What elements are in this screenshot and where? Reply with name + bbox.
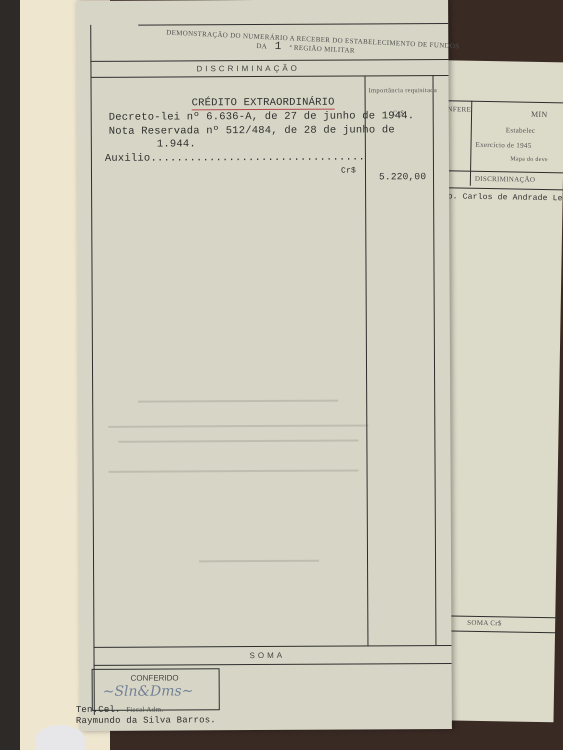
header-da: DA — [256, 42, 267, 50]
divider — [430, 187, 563, 190]
bleed-through — [199, 560, 319, 563]
credit-heading: CRÉDITO EXTRAORDINÁRIO — [192, 97, 335, 111]
header-rule — [90, 59, 448, 62]
bleed-through — [109, 470, 359, 473]
item-label: Auxilio — [105, 153, 151, 165]
divider — [431, 100, 563, 103]
signer-rank: Ten.Cel. — [76, 705, 121, 715]
title-fragment: MIN — [531, 110, 548, 119]
header-regiao: ª REGIÃO MILITAR — [289, 44, 355, 55]
back-first-entry: Cap. Carlos de Andrade Leão — [438, 192, 563, 203]
exercicio-text: Exercício de 1945 — [475, 141, 531, 150]
col-importancia-header: Importância requisitada — [369, 87, 437, 94]
back-discriminacao: DISCRIMINAÇÃO — [475, 175, 535, 184]
body-line-3: 1.944. — [157, 138, 196, 150]
body-line-2: Nota Reservada nº 512/484, de 28 de junh… — [109, 124, 395, 137]
item-leader: ................................. — [150, 151, 365, 164]
bleed-through — [118, 440, 358, 443]
left-border — [90, 25, 95, 715]
item-currency-mark: Cr$ — [341, 167, 356, 176]
discriminacao-header: DISCRIMINAÇÃO — [196, 64, 299, 74]
divider — [470, 101, 472, 186]
soma-label: SOMA — [249, 651, 285, 660]
mapa-fragment: Mapa do deve — [510, 156, 548, 163]
estab-fragment: Estabelec — [506, 126, 536, 135]
conferido-label: CONFERIDO — [131, 673, 179, 682]
column-rule — [364, 75, 368, 645]
soma-bottom-rule — [94, 663, 452, 666]
thumb — [35, 725, 85, 750]
region-number: 1 — [274, 41, 281, 53]
document-page: DEMONSTRAÇÃO DO NUMERÁRIO A RECEBER DO E… — [76, 0, 452, 731]
signer-name: Raymundo da Silva Barros. — [76, 715, 216, 726]
soma-top-rule — [93, 645, 451, 648]
divider — [430, 170, 563, 173]
header-rule — [90, 75, 448, 78]
item-amount: 5.220,00 — [379, 171, 426, 182]
back-soma: SOMA Cr$ — [467, 619, 502, 628]
body-line-1: Decreto-lei nº 6.636-A, de 27 de junho d… — [109, 110, 415, 124]
signer-role: Fiscal Adm. — [126, 706, 163, 714]
header-top-rule — [138, 23, 448, 26]
bleed-through — [138, 400, 338, 403]
signature: ~Sln&Dms~ — [103, 683, 194, 699]
column-rule — [432, 75, 436, 645]
bleed-through — [108, 424, 368, 427]
